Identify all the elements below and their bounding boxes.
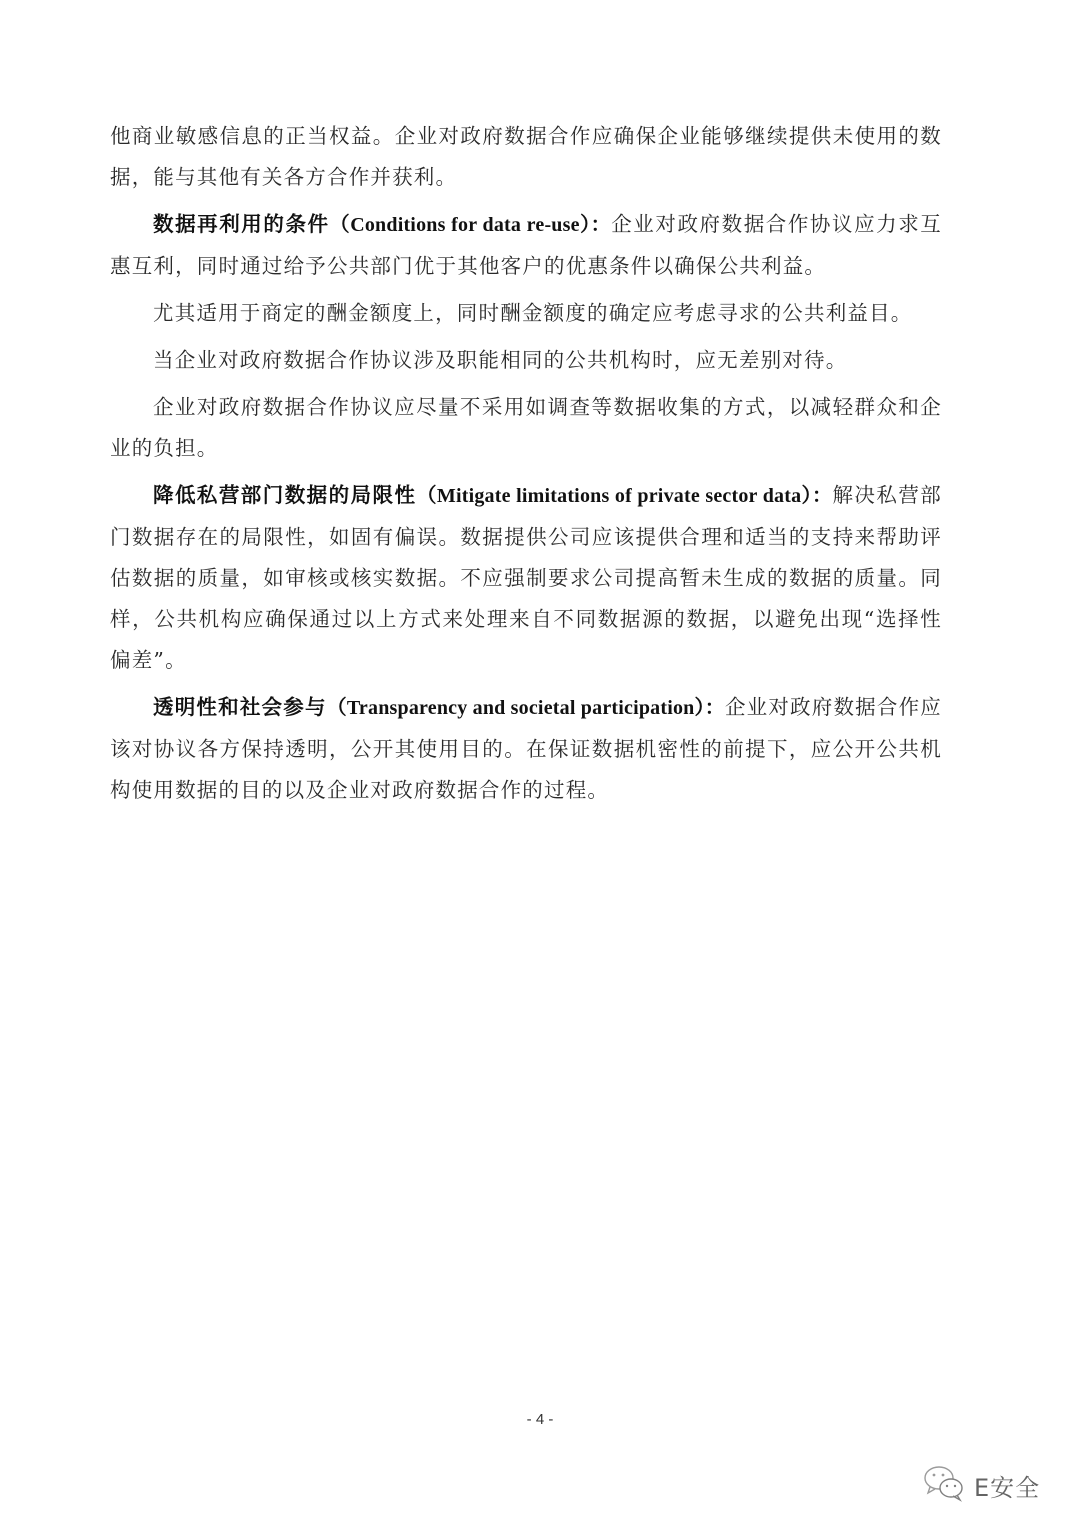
paragraph-remuneration: 尤其适用于商定的酬金额度上，同时酬金额度的确定应考虑寻求的公共利益目。 bbox=[110, 293, 942, 334]
document-page: 他商业敏感信息的正当权益。企业对政府数据合作应确保企业能够继续提供未使用的数据，… bbox=[0, 0, 1080, 1526]
paragraph-text: 当企业对政府数据合作协议涉及职能相同的公共机构时，应无差别对待。 bbox=[153, 348, 847, 372]
paragraph-conditions-for-data-reuse: 数据再利用的条件（Conditions for data re-use）：企业对… bbox=[110, 204, 942, 287]
paragraph-text: 尤其适用于商定的酬金额度上，同时酬金额度的确定应考虑寻求的公共利益目。 bbox=[153, 301, 913, 325]
paragraph-transparency: 透明性和社会参与（Transparency and societal parti… bbox=[110, 687, 942, 811]
term-heading-cn: 数据再利用的条件 bbox=[153, 212, 330, 236]
term-heading-en: （Transparency and societal participation… bbox=[327, 697, 725, 719]
wechat-icon bbox=[922, 1463, 966, 1507]
paragraph-text: 他商业敏感信息的正当权益。企业对政府数据合作应确保企业能够继续提供未使用的数据，… bbox=[110, 124, 942, 189]
paragraph-text: 企业对政府数据合作协议应尽量不采用如调查等数据收集的方式，以减轻群众和企业的负担… bbox=[110, 395, 942, 460]
watermark-text: E安全 bbox=[974, 1468, 1040, 1503]
paragraph-mitigate-limitations: 降低私营部门数据的局限性（Mitigate limitations of pri… bbox=[110, 475, 942, 681]
term-heading-en: （Conditions for data re-use）： bbox=[330, 214, 612, 236]
paragraph-continuation: 他商业敏感信息的正当权益。企业对政府数据合作应确保企业能够继续提供未使用的数据，… bbox=[110, 116, 942, 198]
page-number: - 4 - bbox=[0, 1411, 1080, 1428]
document-body: 他商业敏感信息的正当权益。企业对政府数据合作应确保企业能够继续提供未使用的数据，… bbox=[110, 116, 942, 817]
watermark: E安全 bbox=[922, 1463, 1040, 1507]
paragraph-text: 解决私营部门数据存在的局限性，如固有偏误。数据提供公司应该提供合理和适当的支持来… bbox=[110, 483, 942, 672]
term-heading-cn: 降低私营部门数据的局限性 bbox=[153, 483, 416, 507]
term-heading-en: （Mitigate limitations of private sector … bbox=[416, 485, 832, 507]
term-heading-cn: 透明性和社会参与 bbox=[153, 695, 327, 719]
paragraph-equal-treatment: 当企业对政府数据合作协议涉及职能相同的公共机构时，应无差别对待。 bbox=[110, 340, 942, 381]
paragraph-reduce-burden: 企业对政府数据合作协议应尽量不采用如调查等数据收集的方式，以减轻群众和企业的负担… bbox=[110, 387, 942, 469]
